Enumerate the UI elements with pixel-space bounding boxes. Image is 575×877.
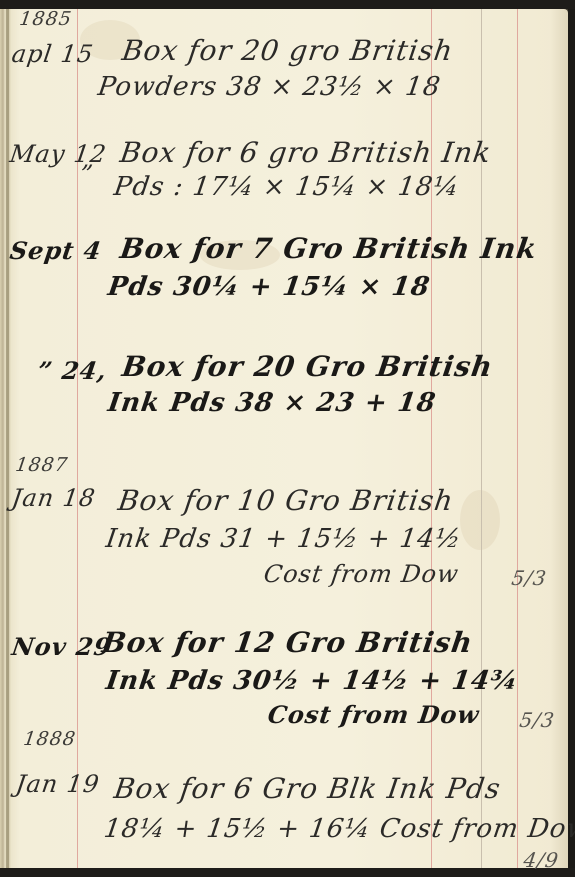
entry-line: Ink Pds 31 + 15½ + 14½ [104, 524, 463, 554]
entry-date: apl 15 [10, 40, 95, 68]
paper-stain [460, 490, 500, 550]
cost-note: Cost from Dow [266, 700, 481, 729]
entry-line: Box for 20 gro British [120, 34, 455, 67]
entry-line: Box for 6 Gro Blk Ink Pds [112, 772, 503, 805]
entry-year: 1885 [18, 8, 73, 30]
entry-date: Jan 19 [14, 770, 101, 798]
entry-date: Sept 4 [8, 236, 104, 265]
entry-line: Ink Pds 30½ + 14½ + 14¾ [104, 666, 520, 696]
entry-line: Box for 10 Gro British [116, 484, 456, 517]
entry-line: Box for 12 Gro British [100, 626, 475, 659]
entry-date: Jan 18 [10, 484, 97, 512]
page-top-edge [0, 0, 575, 9]
entry-date: ” 24, [36, 356, 109, 385]
price: 5/3 [518, 708, 557, 732]
price: 4/9 [522, 848, 561, 872]
entry-year: 1887 [14, 454, 69, 476]
entry-line: 18¼ + 15½ + 16¼ Cost from Dow [102, 814, 575, 844]
entry-year: 1888 [22, 728, 77, 750]
page-binding [6, 9, 9, 868]
price: 5/3 [510, 566, 549, 590]
column-rule [517, 9, 518, 868]
entry-line: Powders 38 × 23½ × 18 [96, 72, 443, 102]
cost-note: Cost from Dow [262, 560, 461, 588]
entry-line: Ink Pds 38 × 23 + 18 [106, 388, 438, 418]
entry-line: Box for 6 gro British Ink [118, 136, 494, 169]
page-bottom-edge [0, 868, 575, 877]
entry-line: Pds 30¼ + 15¼ × 18 [106, 272, 432, 302]
margin-rule [77, 9, 78, 868]
entry-line: Box for 20 Gro British [120, 350, 495, 383]
entry-line: Box for 7 Gro British Ink [118, 232, 539, 265]
entry-line: Pds : 17¼ × 15¼ × 18¼ [112, 172, 461, 202]
entry-date: Nov 29 [10, 632, 114, 661]
